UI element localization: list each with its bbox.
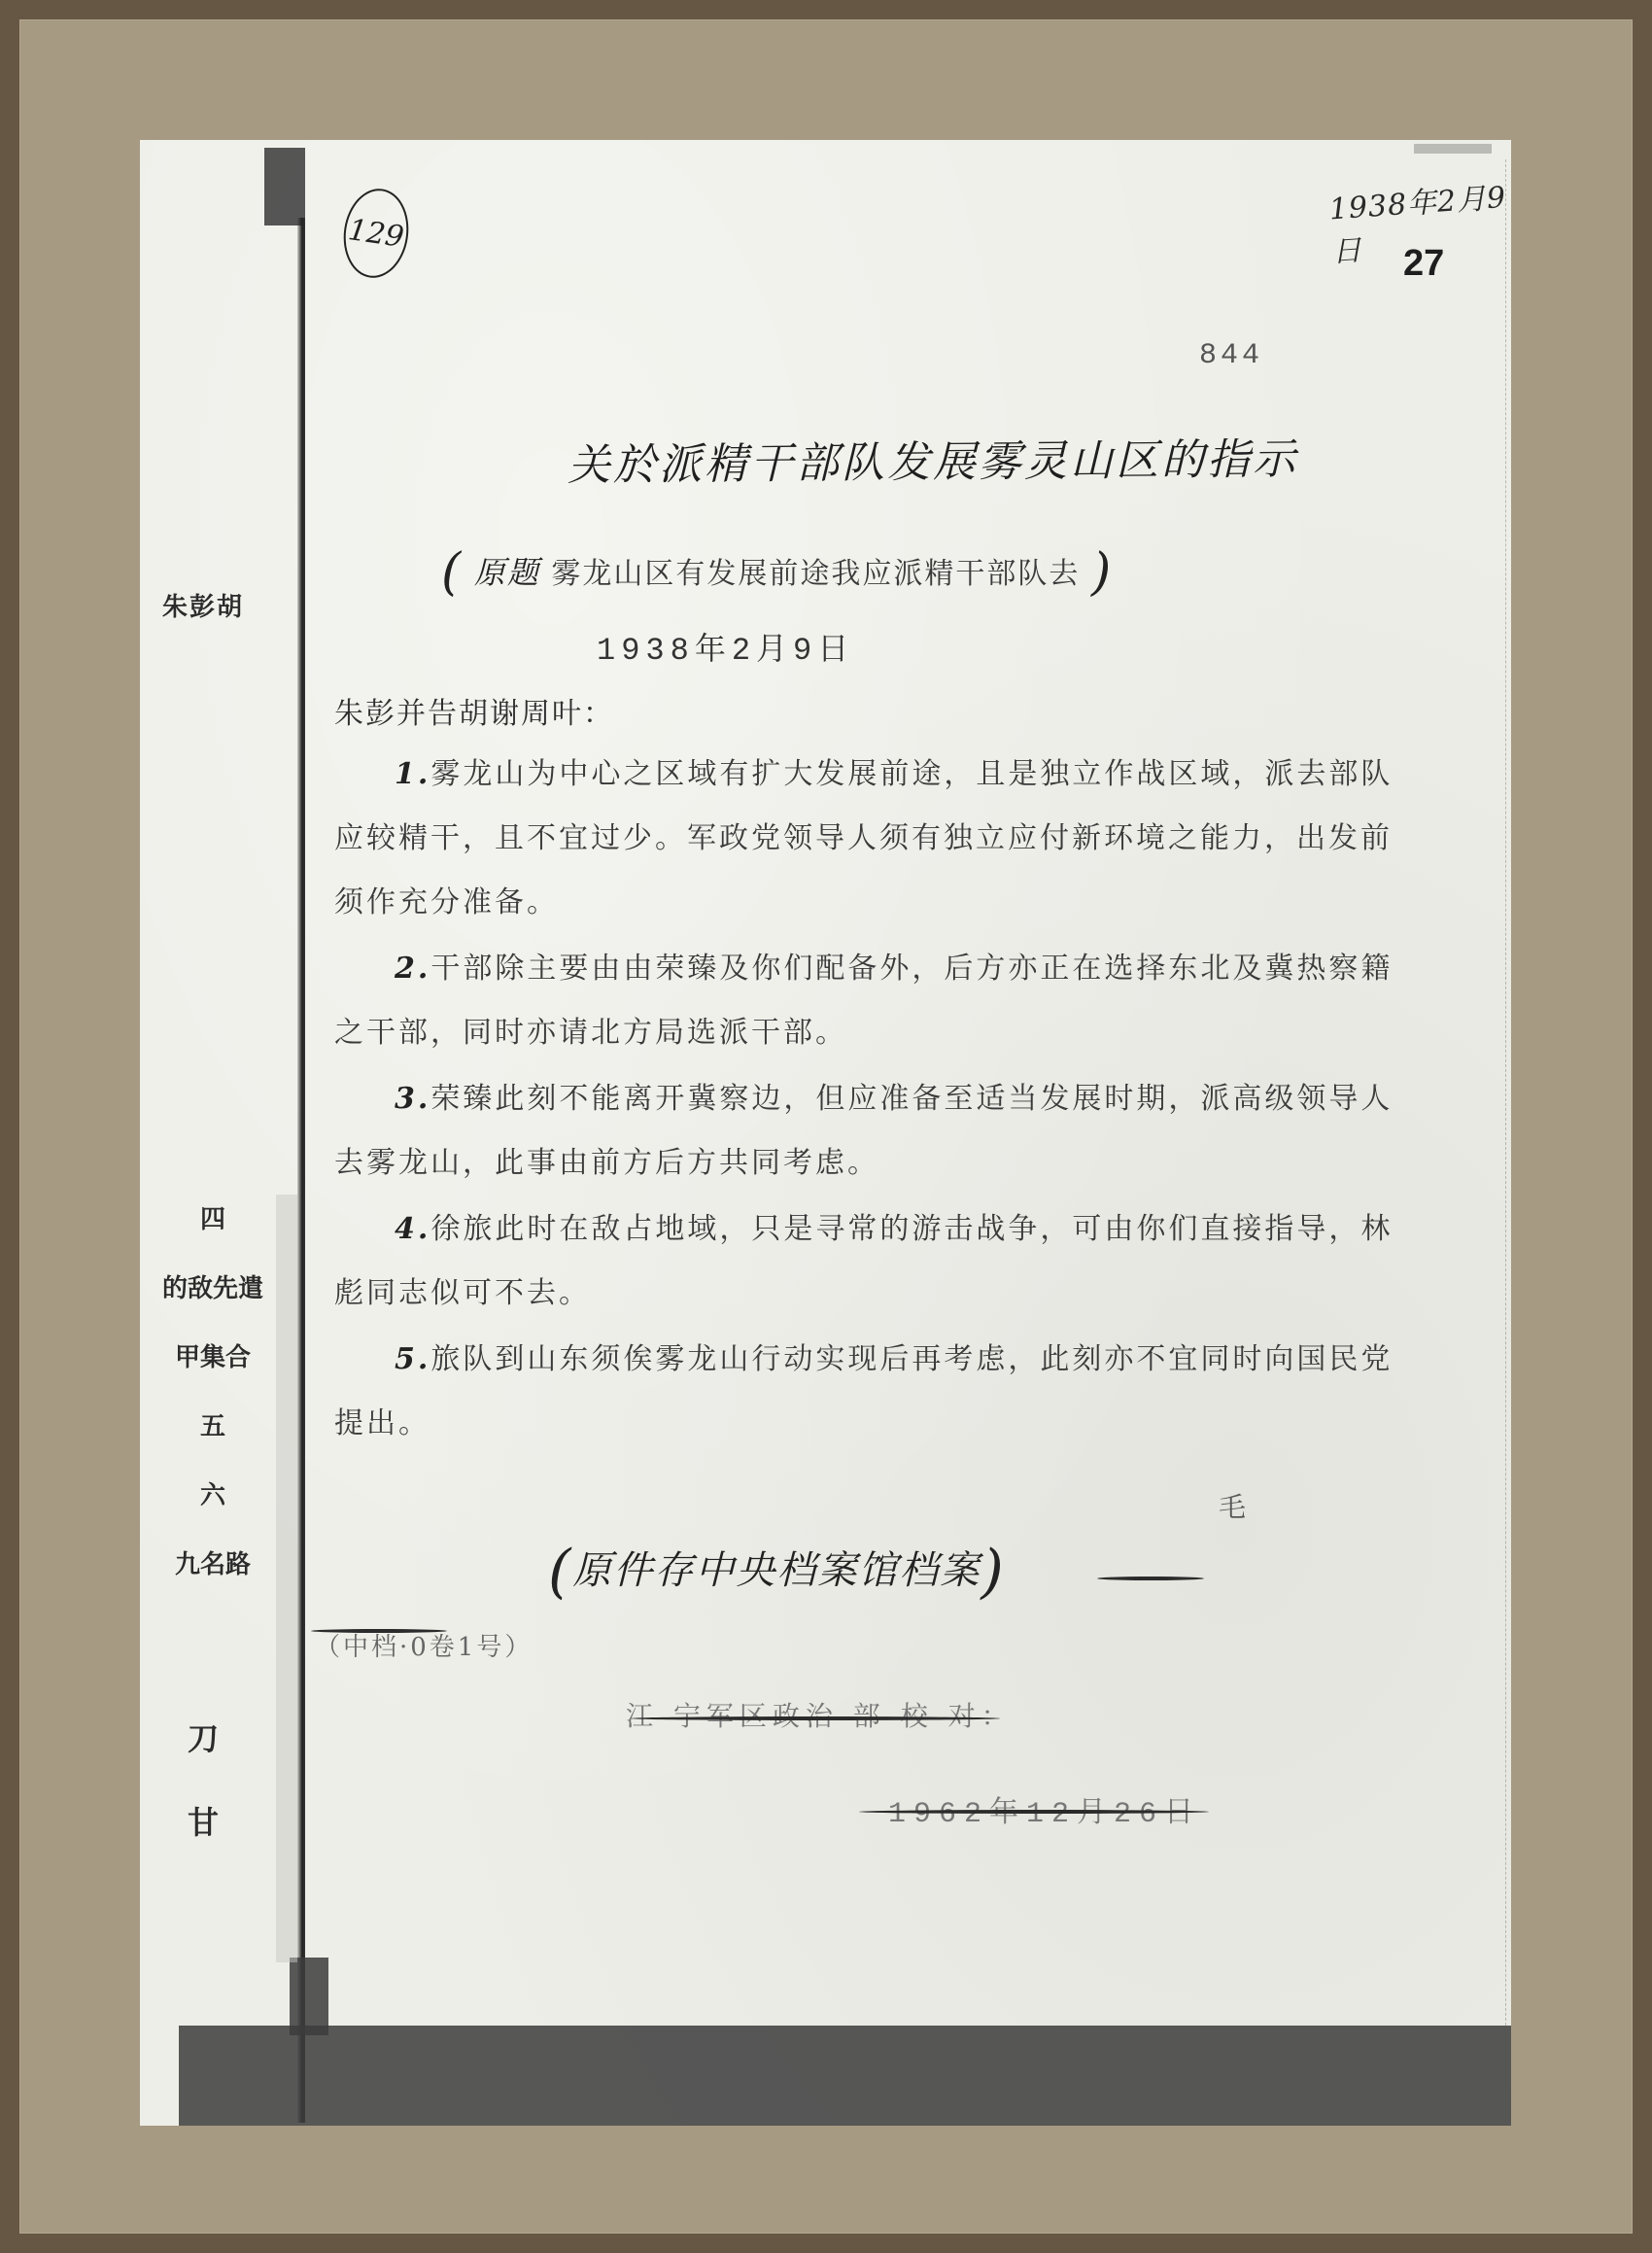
document-date: 1938年2月9日: [597, 624, 1180, 669]
margin-item: 甘: [159, 1798, 247, 1843]
paragraph-3: 3.荣臻此刻不能离开冀察边，但应准备至适当发展时期，派高级领导人去雾龙山，此事由…: [334, 1067, 1403, 1196]
margin-item: 刀: [159, 1715, 247, 1759]
paragraph-1: 1.雾龙山为中心之区域有扩大发展前途，且是独立作战区域，派去部队应较精干，且不宜…: [334, 743, 1403, 935]
close-paren: ): [1091, 543, 1113, 602]
margin-item: 甲集合: [150, 1337, 276, 1373]
paragraph-number: 1.: [395, 757, 430, 791]
circled-page-number: 129: [338, 185, 414, 282]
paragraph-number: 2.: [395, 952, 430, 986]
margin-item: 五: [150, 1406, 276, 1442]
binding-rule: [297, 218, 305, 2123]
paragraph-text: 荣臻此刻不能离开冀察边，但应准备至适当发展时期，派高级领导人去雾龙山，此事由前方…: [334, 1082, 1393, 1180]
page-edge: [1505, 159, 1507, 2084]
binding-notch: [290, 1958, 328, 2035]
strike-mark: [311, 1629, 447, 1633]
open-paren: (: [548, 1538, 572, 1606]
paragraph-4: 4.徐旅此时在敌占地域，只是寻常的游击战争，可由你们直接指导，林彪同志似可不去。: [334, 1197, 1403, 1326]
archive-note-text: 原件存中央档案馆档案: [572, 1548, 981, 1593]
paragraph-2: 2.干部除主要由由荣臻及你们配备外，后方亦正在选择东北及冀热察籍之干部，同时亦请…: [334, 937, 1403, 1065]
strike-mark: [1097, 1577, 1204, 1580]
document-body: 1.雾龙山为中心之区域有扩大发展前途，且是独立作战区域，派去部队应较精干，且不宜…: [334, 743, 1403, 1458]
paragraph-text: 雾龙山为中心之区域有扩大发展前途，且是独立作战区域，派去部队应较精干，且不宜过少…: [334, 757, 1393, 919]
circled-page-number-text: 129: [346, 213, 406, 255]
margin-item: 四: [150, 1199, 276, 1235]
signature: 毛: [1219, 1486, 1246, 1525]
margin-bottom: 刀 甘: [159, 1715, 247, 1882]
margin-box: [276, 1195, 297, 1962]
margin-top-text: 朱彭胡: [150, 587, 257, 623]
stamp-number: 844: [1199, 339, 1263, 372]
strike-mark: [859, 1810, 1209, 1814]
crossed-print-note: 江 宁军区政治 部 校 对：: [626, 1695, 1015, 1734]
salutation: 朱彭并告胡谢周叶：: [334, 689, 614, 732]
document-page: 129 1938年2月9日 27 844 关於派精干部队发展雾灵山区的指示 ( …: [140, 140, 1511, 2126]
close-paren: ): [981, 1538, 1005, 1606]
paragraph-text: 旅队到山东须俟雾龙山行动实现后再考虑，此刻亦不宜同时向国民党提出。: [334, 1342, 1393, 1440]
page-number: 27: [1403, 243, 1444, 285]
margin-item: 六: [150, 1475, 276, 1511]
archive-note: (原件存中央档案馆档案): [548, 1538, 1006, 1606]
paragraph-number: 5.: [395, 1342, 430, 1376]
scan-smudge: [1414, 144, 1492, 154]
margin-list: 四 的敌先遣 甲集合 五 六 九名路: [150, 1199, 276, 1613]
original-title-text: 雾龙山区有发展前途我应派精干部队去: [551, 557, 1080, 591]
original-title: ( 原题 雾龙山区有发展前途我应派精干部队去 ): [441, 543, 1316, 602]
paragraph-text: 徐旅此时在敌占地域，只是寻常的游击战争，可由你们直接指导，林彪同志似可不去。: [334, 1212, 1393, 1310]
paragraph-5: 5.旅队到山东须俟雾龙山行动实现后再考虑，此刻亦不宜同时向国民党提出。: [334, 1328, 1403, 1456]
binding-mark: [264, 148, 305, 225]
open-paren: (: [441, 543, 463, 602]
strike-mark: [631, 1716, 1000, 1720]
bottom-scan-shadow: [179, 2026, 1511, 2126]
margin-item: 的敌先遣: [150, 1268, 276, 1304]
document-title: 关於派精干部队发展雾灵山区的指示: [568, 423, 1365, 492]
paragraph-number: 4.: [395, 1212, 430, 1246]
paragraph-text: 干部除主要由由荣臻及你们配备外，后方亦正在选择东北及冀热察籍之干部，同时亦请北方…: [334, 952, 1393, 1050]
original-title-label: 原题: [474, 554, 540, 591]
margin-item: 九名路: [150, 1544, 276, 1580]
paragraph-number: 3.: [395, 1082, 430, 1116]
